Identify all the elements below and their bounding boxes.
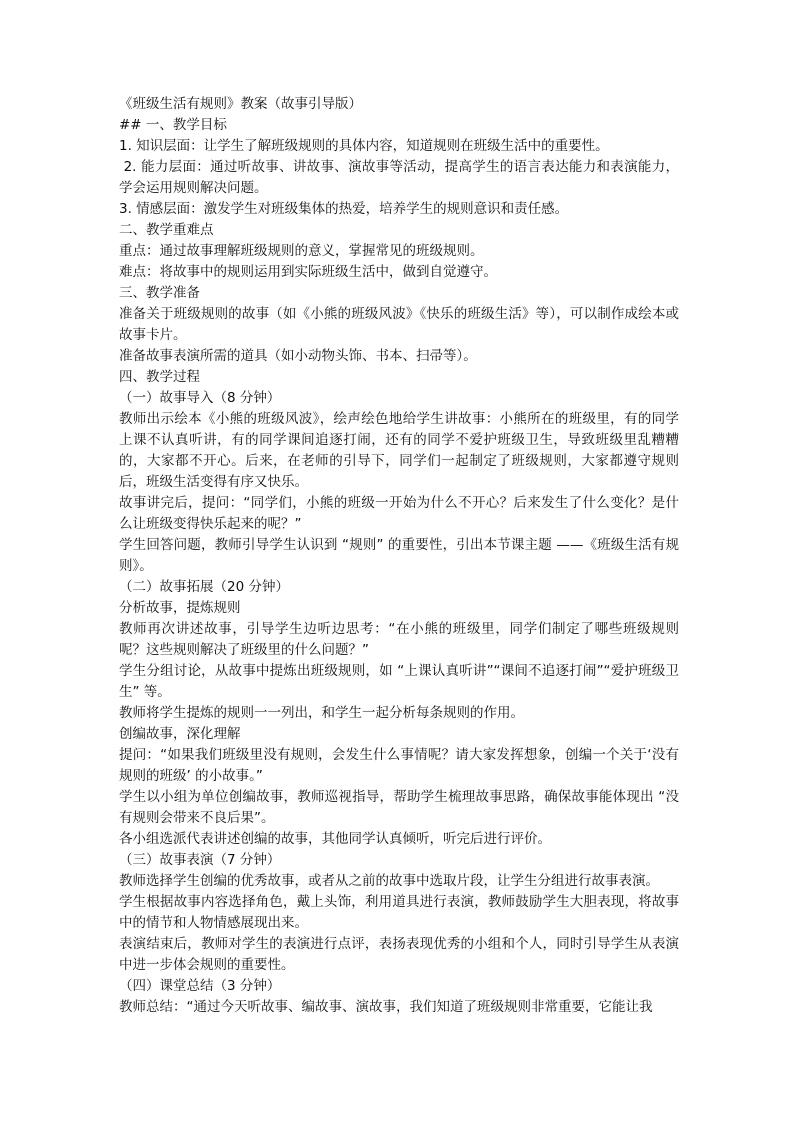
objective-emotion: 3. 情感层面：激发学生对班级集体的热爱，培养学生的规则意识和责任感。: [119, 199, 679, 220]
objective-ability: 2. 能力层面：通过听故事、讲故事、演故事等活动，提高学生的语言表达能力和表演能…: [119, 157, 679, 199]
doc-title: 《班级生活有规则》教案（故事引导版）: [119, 94, 679, 115]
expansion-step-create: 创编故事，深化理解: [119, 724, 679, 745]
heading-key-points: 二、教学重难点: [119, 220, 679, 241]
subheading-class-summary: （四）课堂总结（3 分钟）: [119, 976, 679, 997]
story-intro-questions: 故事讲完后，提问：“同学们，小熊的班级一开始为什么不开心？后来发生了什么变化？是…: [119, 493, 679, 535]
heading-process: 四、教学过程: [119, 367, 679, 388]
create-story-prompt: 提问：“如果我们班级里没有规则，会发生什么事情呢？请大家发挥想象，创编一个关于‘…: [119, 745, 679, 787]
performance-acting: 学生根据故事内容选择角色，戴上头饰，利用道具进行表演，教师鼓励学生大胆表现，将故…: [119, 892, 679, 934]
subheading-story-performance: （三）故事表演（7 分钟）: [119, 850, 679, 871]
performance-selection: 教师选择学生创编的优秀故事，或者从之前的故事中选取片段，让学生分组进行故事表演。: [119, 871, 679, 892]
document-page: 《班级生活有规则》教案（故事引导版） ## 一、教学目标 1. 知识层面：让学生…: [0, 0, 794, 1123]
preparation-stories: 准备关于班级规则的故事（如《小熊的班级风波》《快乐的班级生活》等），可以制作成绘…: [119, 304, 679, 346]
subheading-story-intro: （一）故事导入（8 分钟）: [119, 388, 679, 409]
preparation-props: 准备故事表演所需的道具（如小动物头饰、书本、扫帚等）。: [119, 346, 679, 367]
performance-feedback: 表演结束后，教师对学生的表演进行点评，表扬表现优秀的小组和个人，同时引导学生从表…: [119, 934, 679, 976]
document-body: 《班级生活有规则》教案（故事引导版） ## 一、教学目标 1. 知识层面：让学生…: [119, 94, 679, 1018]
create-story-sharing: 各小组选派代表讲述创编的故事，其他同学认真倾听，听完后进行评价。: [119, 829, 679, 850]
key-point: 重点：通过故事理解班级规则的意义，掌握常见的班级规则。: [119, 241, 679, 262]
md-heading-objectives: ## 一、教学目标: [119, 115, 679, 136]
create-story-groupwork: 学生以小组为单位创编故事，教师巡视指导，帮助学生梳理故事思路，确保故事能体现出 …: [119, 787, 679, 829]
class-summary-teacher: 教师总结：“通过今天听故事、编故事、演故事，我们知道了班级规则非常重要，它能让我: [119, 997, 679, 1018]
expansion-group-discussion: 学生分组讨论，从故事中提炼出班级规则，如 “上课认真听讲”“课间不追逐打闹”“爱…: [119, 661, 679, 703]
subheading-story-expansion: （二）故事拓展（20 分钟）: [119, 577, 679, 598]
expansion-retell-think: 教师再次讲述故事，引导学生边听边思考：“在小熊的班级里，同学们制定了哪些班级规则…: [119, 619, 679, 661]
story-intro-theme: 学生回答问题，教师引导学生认识到 “规则” 的重要性，引出本节课主题 ——《班级…: [119, 535, 679, 577]
heading-preparation: 三、教学准备: [119, 283, 679, 304]
expansion-list-rules: 教师将学生提炼的规则一一列出，和学生一起分析每条规则的作用。: [119, 703, 679, 724]
objective-knowledge: 1. 知识层面：让学生了解班级规则的具体内容，知道规则在班级生活中的重要性。: [119, 136, 679, 157]
story-intro-narration: 教师出示绘本《小熊的班级风波》，绘声绘色地给学生讲故事：小熊所在的班级里，有的同…: [119, 409, 679, 493]
expansion-step-analyze: 分析故事，提炼规则: [119, 598, 679, 619]
difficult-point: 难点：将故事中的规则运用到实际班级生活中，做到自觉遵守。: [119, 262, 679, 283]
